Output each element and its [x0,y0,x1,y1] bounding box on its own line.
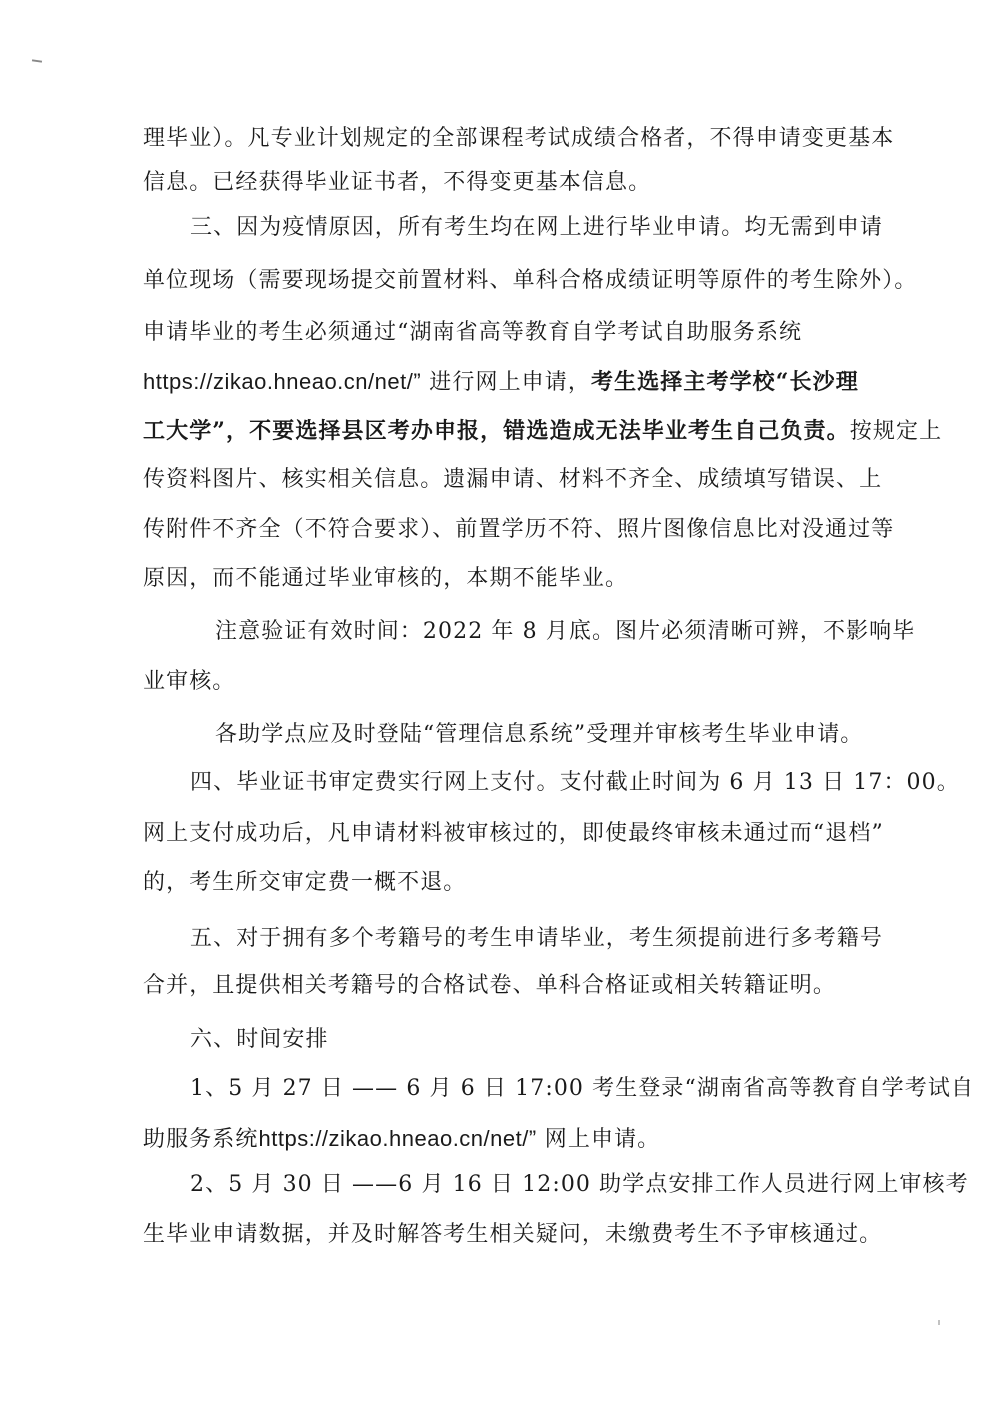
document-page: 理毕业）。凡专业计划规定的全部课程考试成绩合格者，不得申请变更基本 信息。已经获… [0,0,1000,1413]
text-line: 生毕业申请数据，并及时解答考生相关疑问，未缴费考生不予审核通过。 [143,1220,863,1250]
text-line: 传资料图片、核实相关信息。遗漏申请、材料不齐全、成绩填写错误、上 [143,465,863,495]
emphasis-text: 考生选择主考学校“长沙理 [591,369,859,395]
scan-mark [32,59,42,62]
text-span: 按规定上 [850,419,942,444]
text-line: 工大学”，不要选择县区考办申报，错选造成无法毕业考生自己负责。按规定上 [143,416,863,447]
scan-mark [938,1320,940,1325]
system-url: https://zikao.hneao.cn/net/” [143,369,421,394]
text-line: 信息。已经获得毕业证书者，不得变更基本信息。 [143,168,863,198]
text-line: 合并，且提供相关考籍号的合格试卷、单科合格证或相关转籍证明。 [143,971,863,1001]
text-line: https://zikao.hneao.cn/net/” 进行网上申请，考生选择… [143,367,863,398]
schedule-item-1: 1、5 月 27 日 —— 6 月 6 日 17:00 考生登录“湖南省高等教育… [190,1074,910,1104]
text-span: 进行网上申请， [421,370,591,395]
emphasis-text: 工大学”，不要选择县区考办申报，错选造成无法毕业考生自己负责。 [143,418,850,444]
text-span: 助服务系统 [143,1127,259,1152]
text-line: 原因，而不能通过毕业审核的，本期不能毕业。 [143,564,863,594]
text-line: 业审核。 [143,667,863,697]
text-line: 理毕业）。凡专业计划规定的全部课程考试成绩合格者，不得申请变更基本 [143,124,863,154]
system-url: https://zikao.hneao.cn/net/” [259,1126,537,1151]
text-line: 助服务系统https://zikao.hneao.cn/net/” 网上申请。 [143,1124,863,1155]
note-line: 各助学点应及时登陆“管理信息系统”受理并审核考生毕业申请。 [215,720,935,750]
note-line: 注意验证有效时间：2022 年 8 月底。图片必须清晰可辨，不影响毕 [215,617,935,647]
section-3-heading-line: 三、因为疫情原因，所有考生均在网上进行毕业申请。均无需到申请 [190,213,910,243]
text-line: 单位现场（需要现场提交前置材料、单科合格成绩证明等原件的考生除外）。 [143,266,863,296]
section-4-heading-line: 四、毕业证书审定费实行网上支付。支付截止时间为 6 月 13 日 17：00。 [190,768,910,798]
text-line: 传附件不齐全（不符合要求）、前置学历不符、照片图像信息比对没通过等 [143,515,863,545]
text-line: 网上支付成功后，凡申请材料被审核过的，即使最终审核未通过而“退档” [143,819,863,849]
schedule-item-2: 2、5 月 30 日 ——6 月 16 日 12:00 助学点安排工作人员进行网… [190,1170,910,1200]
section-5-heading-line: 五、对于拥有多个考籍号的考生申请毕业，考生须提前进行多考籍号 [190,924,910,954]
text-line: 的，考生所交审定费一概不退。 [143,868,863,898]
text-line: 申请毕业的考生必须通过“湖南省高等教育自学考试自助服务系统 [143,318,863,348]
section-6-heading: 六、时间安排 [190,1025,910,1055]
text-span: 网上申请。 [537,1127,661,1152]
